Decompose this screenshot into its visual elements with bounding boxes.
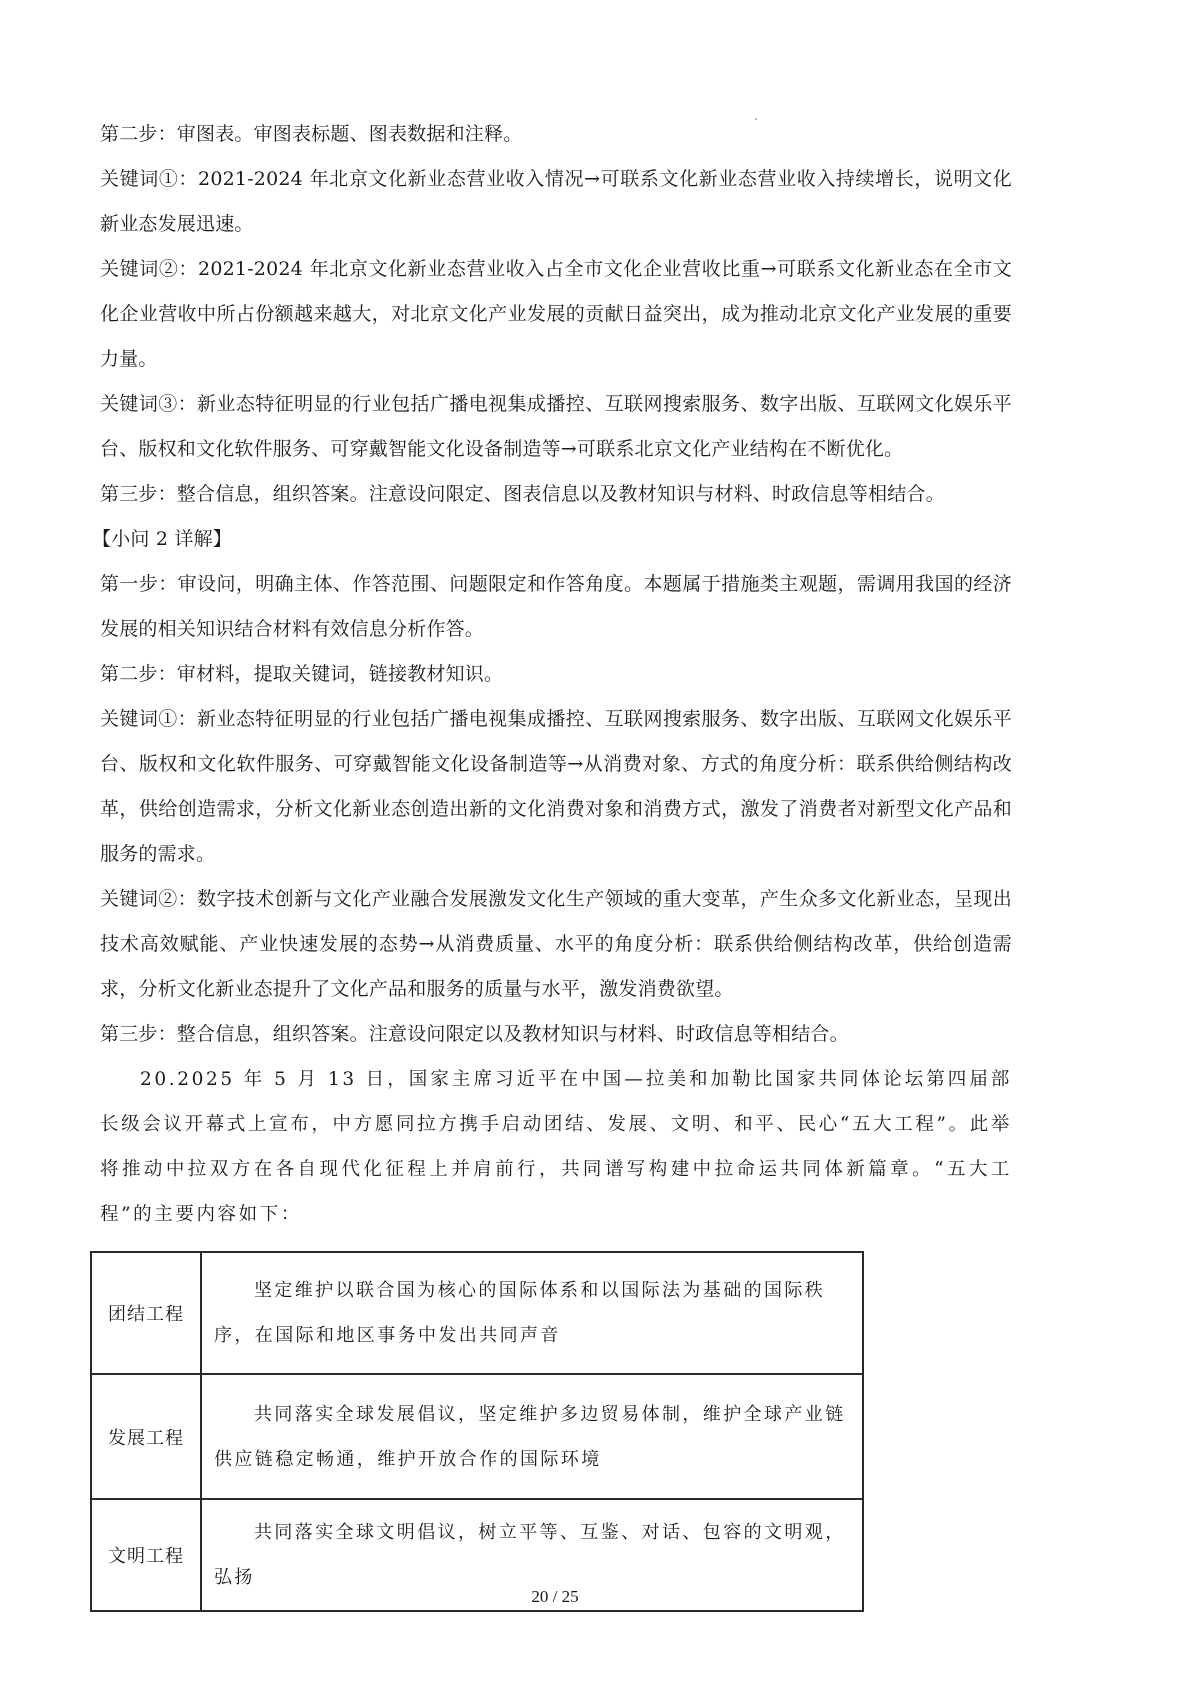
step-2-review-chart: 第二步：审图表。审图表标题、图表数据和注释。 (100, 112, 1012, 157)
project-content-text: 坚定维护以联合国为核心的国际体系和以国际法为基础的国际秩序，在国际和地区事务中发… (214, 1268, 852, 1358)
q2-keyword-2: 关键词②：数字技术创新与文化产业融合发展激发文化生产领域的重大变革，产生众多文化… (100, 877, 1012, 1012)
document-body: 第二步：审图表。审图表标题、图表数据和注释。 关键词①：2021-2024 年北… (100, 112, 1012, 1237)
project-name: 发展工程 (91, 1374, 201, 1499)
keyword-2-share: 关键词②：2021-2024 年北京文化新业态营业收入占全市文化企业营收比重→可… (100, 247, 1012, 382)
q2-step-1: 第一步：审设问，明确主体、作答范围、问题限定和作答角度。本题属于措施类主观题，需… (100, 562, 1012, 652)
project-content: 共同落实全球发展倡议，坚定维护多边贸易体制，维护全球产业链供应链稳定畅通，维护开… (201, 1374, 863, 1499)
keyword-3-industries: 关键词③：新业态特征明显的行业包括广播电视集成播控、互联网搜索服务、数字出版、互… (100, 382, 1012, 472)
table-row: 发展工程 共同落实全球发展倡议，坚定维护多边贸易体制，维护全球产业链供应链稳定畅… (91, 1374, 863, 1499)
question-20-stem: 20.2025 年 5 月 13 日，国家主席习近平在中国—拉美和加勒比国家共同… (100, 1057, 1012, 1237)
project-content-text: 共同落实全球发展倡议，坚定维护多边贸易体制，维护全球产业链供应链稳定畅通，维护开… (214, 1392, 852, 1482)
project-content: 坚定维护以联合国为核心的国际体系和以国际法为基础的国际秩序，在国际和地区事务中发… (201, 1252, 863, 1374)
project-name: 团结工程 (91, 1252, 201, 1374)
keyword-1-revenue: 关键词①：2021-2024 年北京文化新业态营业收入情况→可联系文化新业态营业… (100, 157, 1012, 247)
subquestion-2-heading: 【小问 2 详解】 (92, 517, 1012, 562)
step-3-organize-answer: 第三步：整合信息，组织答案。注意设问限定、图表信息以及教材知识与材料、时政信息等… (100, 472, 1012, 517)
q2-step-3: 第三步：整合信息，组织答案。注意设问限定以及教材知识与材料、时政信息等相结合。 (100, 1012, 1012, 1057)
q2-keyword-1: 关键词①：新业态特征明显的行业包括广播电视集成播控、互联网搜索服务、数字出版、互… (100, 697, 1012, 877)
five-projects-table: 团结工程 坚定维护以联合国为核心的国际体系和以国际法为基础的国际秩序，在国际和地… (90, 1251, 864, 1612)
page-number: 20 / 25 (0, 1587, 1110, 1607)
q2-step-2: 第二步：审材料，提取关键词，链接教材知识。 (100, 652, 1012, 697)
table-row: 团结工程 坚定维护以联合国为核心的国际体系和以国际法为基础的国际秩序，在国际和地… (91, 1252, 863, 1374)
